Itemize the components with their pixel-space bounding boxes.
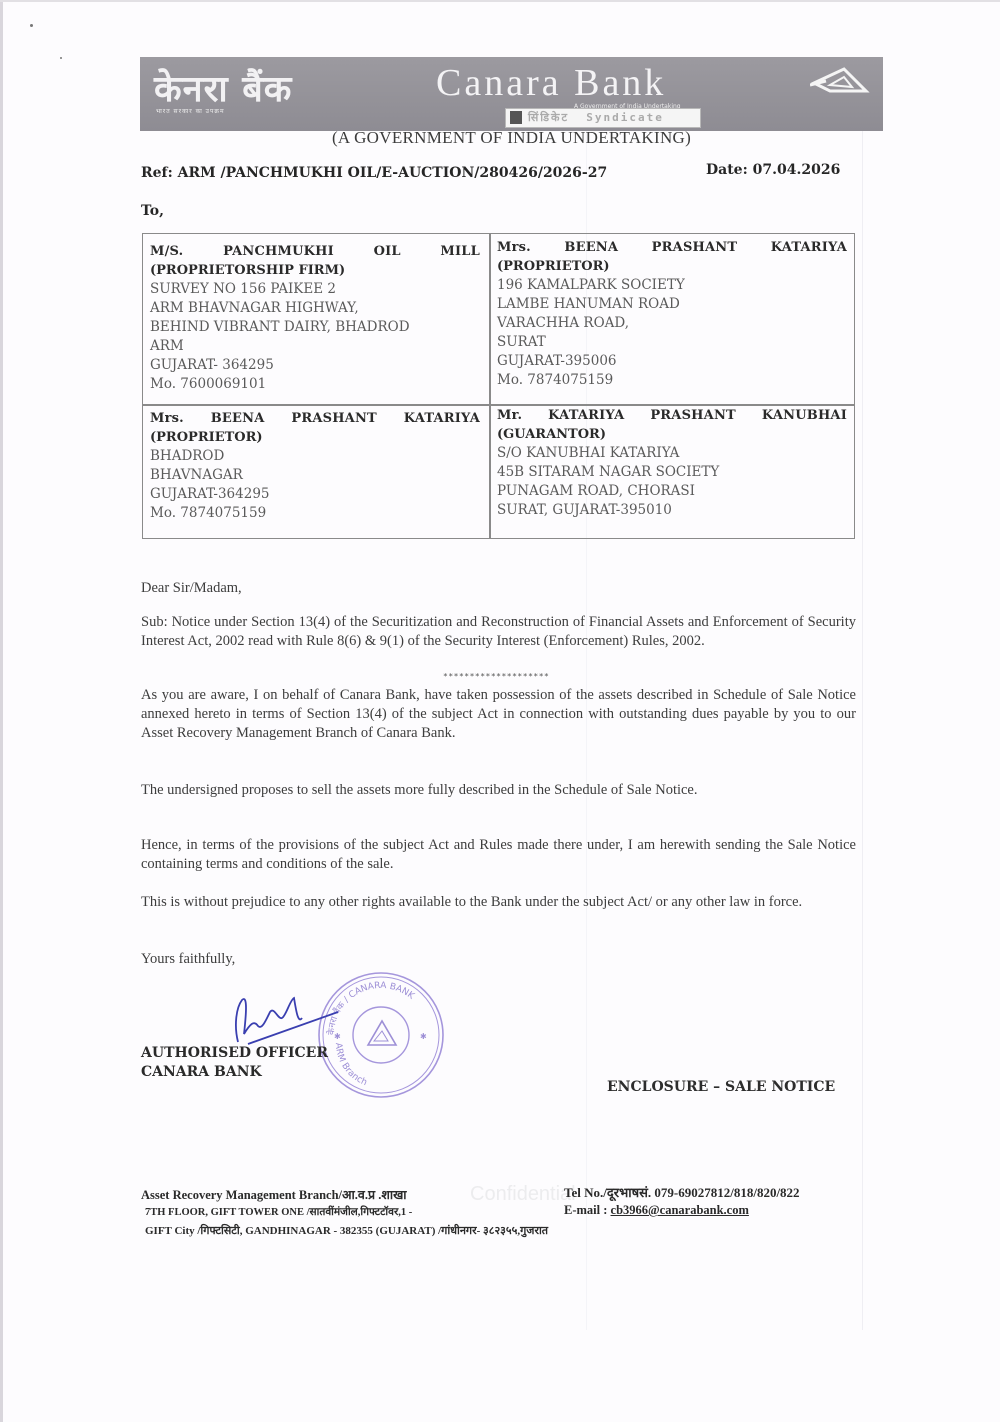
address-line: LAMBE HANUMAN ROAD [497,295,847,314]
addressee-role: (PROPRIETOR) [150,428,480,447]
syndicate-hindi: सिंडिकेट [528,111,569,124]
body-paragraph: Hence, in terms of the provisions of the… [141,836,856,874]
address-line: SURVEY NO 156 PAIKEE 2 [150,280,480,299]
addressee-role: (PROPRIETOR) [497,257,847,276]
body-paragraph: The undersigned proposes to sell the ass… [141,781,856,800]
address-line: GUJARAT-364295 [150,485,480,504]
footer-address-floor: 7TH FLOOR, GIFT TOWER ONE /सातवींमंजील,ग… [145,1205,412,1219]
page-edge-top [0,0,1000,2]
reference-number: Ref: ARM /PANCHMUKHI OIL/E-AUCTION/28042… [141,165,607,181]
letterhead-banner: केनरा बैंक भारत सरकार का उपक्रम Canara B… [140,57,883,131]
body-paragraph: This is without prejudice to any other r… [141,893,856,912]
address-line: 45B SITARAM NAGAR SOCIETY [497,463,847,482]
canara-logo-icon [810,65,870,97]
phone-number: Mo. 7874075159 [150,504,480,523]
scan-speck [60,57,62,59]
government-undertaking-line: (A GOVERNMENT OF INDIA UNDERTAKING) [140,128,883,148]
footer-email-row: E-mail : cb3966@canarabank.com [564,1203,749,1218]
syndicate-english: Syndicate [586,111,664,124]
addressee-name: Mr. KATARIYA PRASHANT KANUBHAI [497,406,847,425]
addressee-table: M/S. PANCHMUKHI OIL MILL (PROPRIETORSHIP… [142,233,855,539]
phone-number: Mo. 7874075159 [497,371,847,390]
signatory-organization: CANARA BANK [141,1063,328,1082]
addressee-role: (GUARANTOR) [497,425,847,444]
letter-date: Date: 07.04.2026 [706,162,840,178]
address-line: 196 KAMALPARK SOCIETY [497,276,847,295]
address-line: ARM BHAVNAGAR HIGHWAY, [150,299,480,318]
bank-name-english: Canara Bank [436,61,666,105]
addressee-cell: M/S. PANCHMUKHI OIL MILL (PROPRIETORSHIP… [150,242,480,394]
syndicate-logo-icon [510,111,522,124]
scan-artifact-line [862,130,863,1330]
address-line: SURAT, GUJARAT-395010 [497,501,847,520]
email-link[interactable]: cb3966@canarabank.com [611,1203,749,1217]
addressee-name: Mrs. BEENA PRASHANT KATARIYA [497,238,847,257]
page-edge [0,0,3,1422]
signatory-block: AUTHORISED OFFICER CANARA BANK [141,1044,328,1082]
footer-address-city: GIFT City /गिफ्टसिटी, GANDHINAGAR - 3823… [145,1223,548,1238]
address-line: PUNAGAM ROAD, CHORASI [497,482,847,501]
address-line: ARM [150,337,480,356]
bank-name-hindi: केनरा बैंक [154,63,292,112]
signatory-title: AUTHORISED OFFICER [141,1044,328,1063]
svg-text:✱: ✱ [420,1032,427,1041]
addressee-name: M/S. PANCHMUKHI OIL MILL [150,242,480,261]
address-line: S/O KANUBHAI KATARIYA [497,444,847,463]
phone-number: Mo. 7600069101 [150,375,480,394]
handwritten-signature-icon [228,990,348,1050]
separator-stars: ******************** [443,672,549,681]
address-line: SURAT [497,333,847,352]
address-line: VARACHHA ROAD, [497,314,847,333]
subject-text: Notice under Section 13(4) of the Securi… [141,614,856,649]
addressee-role: (PROPRIETORSHIP FIRM) [150,261,480,280]
addressee-cell: Mr. KATARIYA PRASHANT KANUBHAI (GUARANTO… [497,406,847,520]
address-line: GUJARAT- 364295 [150,356,480,375]
to-label: To, [141,203,164,219]
footer-branch: Asset Recovery Management Branch/आ.व.प्र… [141,1186,407,1203]
closing-line: Yours faithfully, [141,950,856,969]
email-label: E-mail : [564,1203,611,1217]
salutation: Dear Sir/Madam, [141,579,856,598]
addressee-name: Mrs. BEENA PRASHANT KATARIYA [150,409,480,428]
bank-tagline-hindi: भारत सरकार का उपक्रम [156,107,225,115]
body-paragraph: As you are aware, I on behalf of Canara … [141,686,856,743]
scan-speck [30,24,33,27]
footer-telephone: Tel No./दूरभाषसं. 079-69027812/818/820/8… [564,1183,800,1201]
syndicate-badge: सिंडिकेट Syndicate [505,108,701,128]
addressee-cell: Mrs. BEENA PRASHANT KATARIYA (PROPRIETOR… [497,238,847,390]
watermark-text: Confidential [470,1183,576,1206]
enclosure-note: ENCLOSURE – SALE NOTICE [607,1079,835,1095]
subject-label: Sub: [141,614,168,630]
table-divider [489,234,491,538]
subject-line: Sub: Notice under Section 13(4) of the S… [141,613,856,651]
address-line: GUJARAT-395006 [497,352,847,371]
address-line: BEHIND VIBRANT DAIRY, BHADROD [150,318,480,337]
address-line: BHADROD [150,447,480,466]
addressee-cell: Mrs. BEENA PRASHANT KATARIYA (PROPRIETOR… [150,409,480,523]
address-line: BHAVNAGAR [150,466,480,485]
